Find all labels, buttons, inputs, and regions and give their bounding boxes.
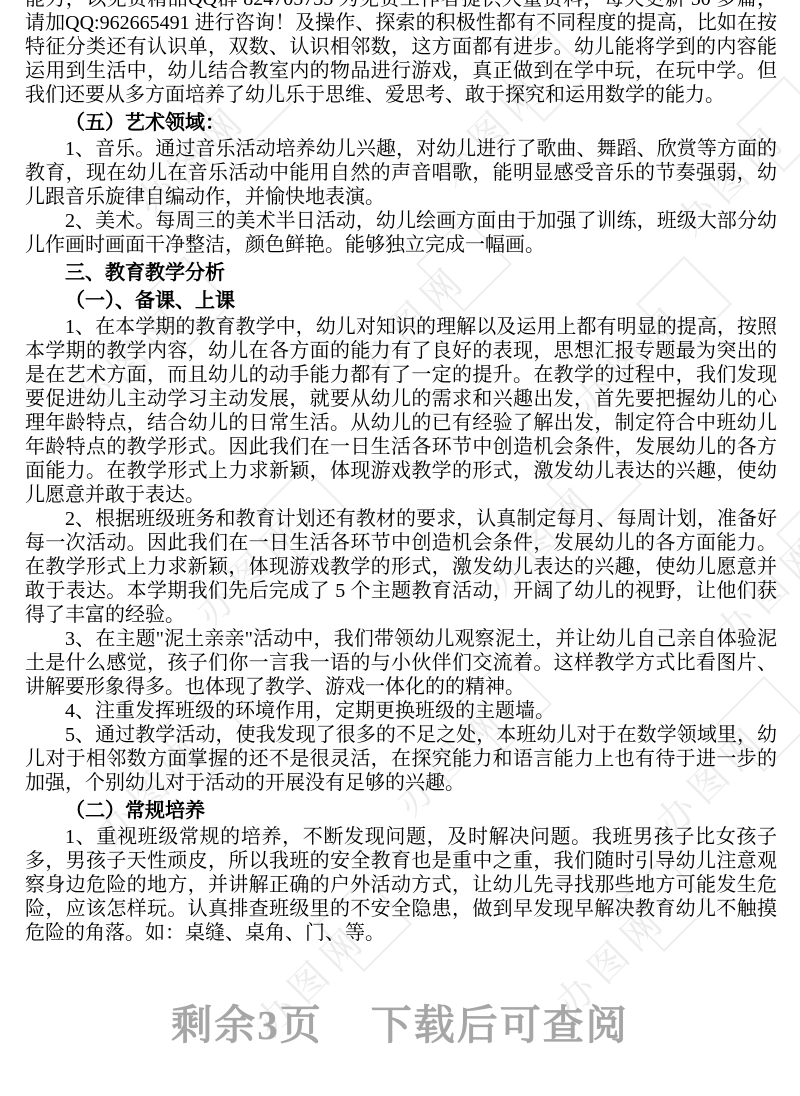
paragraph-teaching-5: 5、通过教学活动，使我发现了很多的不足之处，本班幼儿对于在数学领域里，幼儿对于相…	[25, 723, 777, 795]
section-heading-routine-training: （二）常规培养	[25, 799, 777, 823]
paragraph-teaching-1: 1、在本学期的教育教学中，幼儿对知识的理解以及运用上都有明显的提高，按照本学期的…	[25, 315, 777, 507]
paragraph-teaching-4: 4、注重发挥班级的环境作用，定期更换班级的主题墙。	[25, 699, 777, 723]
paragraph-fine-art: 2、美术。每周三的美术半日活动，幼儿绘画方面由于加强了训练，班级大部分幼儿作画时…	[25, 209, 777, 257]
paragraph-teaching-3: 3、在主题"泥土亲亲"活动中，我们带领幼儿观察泥土，并让幼儿自己亲自体验泥土是什…	[25, 627, 777, 699]
paragraph-teaching-2: 2、根据班级班务和教育计划还有教材的要求，认真制定每月、每周计划，准备好每一次活…	[25, 507, 777, 627]
paragraph-routine-1: 1、重视班级常规的培养，不断发现问题，及时解决问题。我班男孩子比女孩子多，男孩子…	[25, 825, 777, 945]
paragraph-music: 1、音乐。通过音乐活动培养幼儿兴趣，对幼儿进行了歌曲、舞蹈、欣赏等方面的教育，现…	[25, 137, 777, 209]
section-heading-art: （五）艺术领域：	[25, 111, 777, 135]
pagination-notice: 剩余3页下载后可查阅	[0, 992, 800, 1051]
document-body: 能力，以免费精品QQ群 824705735 为免费工作者提供大量资料，每天更新 …	[25, 0, 777, 945]
section-heading-teaching-analysis: 三、教育教学分析	[25, 261, 777, 285]
remaining-pages-label: 剩余3页	[171, 1002, 323, 1048]
watermark-diamond-icon	[776, 486, 800, 582]
section-heading-lesson-prep: （一）、备课、上课	[25, 289, 777, 313]
download-hint-label: 下载后可查阅	[371, 1002, 629, 1048]
paragraph-continued: 能力，以免费精品QQ群 824705735 为免费工作者提供大量资料，每天更新 …	[25, 0, 777, 107]
document-page: 办图网办图网办图网办图网办图网办图网办图网办图网办图网办图网办图网办图网办图网办…	[0, 0, 800, 1096]
